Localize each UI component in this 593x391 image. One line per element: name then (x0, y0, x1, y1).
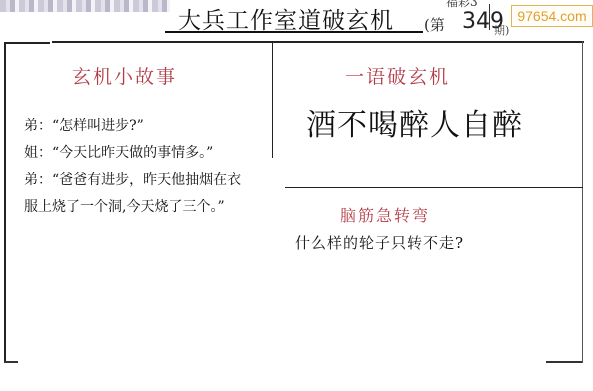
story-line: 姐：“今天比昨天做的事情多。” (24, 142, 213, 162)
story-line: 弟：“怎样叫进步?” (24, 115, 144, 135)
issue-suffix: 期) (494, 22, 509, 38)
story-title: 玄机小故事 (72, 62, 177, 89)
riddle-title: 一语破玄机 (345, 62, 450, 89)
story-line: 服上烧了一个洞,今天烧了三个。” (24, 196, 225, 216)
frame-border-right (582, 41, 583, 363)
brain-teaser-title: 脑筋急转弯 (340, 203, 430, 226)
issue-prefix: (第 (424, 14, 445, 35)
frame-border-bottom-right (546, 361, 582, 363)
column-divider (272, 43, 273, 158)
frame-border-bottom-left (4, 361, 18, 363)
blurred-header-strip (0, 0, 170, 12)
section-divider (285, 187, 583, 188)
frame-border-top (52, 41, 584, 43)
site-watermark-badge: 97654.com (511, 5, 593, 27)
frame-border-left (4, 42, 6, 362)
brain-teaser-question: 什么样的轮子只转不走? (295, 232, 464, 253)
riddle-answer: 酒不喝醉人自醉 (306, 100, 523, 144)
frame-border-top-left (5, 42, 50, 44)
issue-divider (489, 4, 490, 30)
title-underline (165, 31, 423, 33)
story-line: 弟：“爸爸有进步，昨天他抽烟在衣 (24, 169, 241, 189)
